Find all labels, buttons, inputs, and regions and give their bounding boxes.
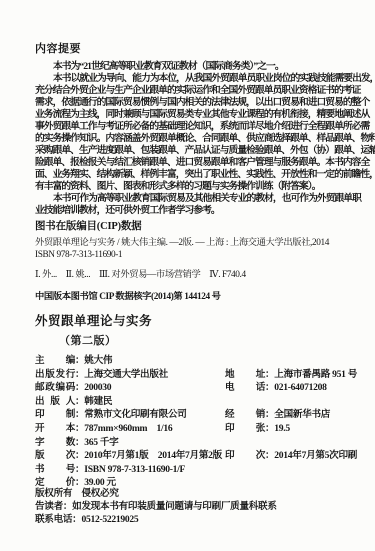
content-summary-line: 业务流程为主线，同时兼顾与国际贸易类专业其他专业课程的有机衔接，精要地阐述从 bbox=[35, 109, 362, 121]
colophon-row-editor: 主编：姚大伟 bbox=[35, 352, 367, 366]
colophon-value: 021-64071208 bbox=[274, 382, 326, 393]
colophon-right-distributor: 经销：全国新华书店 bbox=[225, 406, 330, 420]
colophon-label: 印制 bbox=[35, 406, 75, 420]
cip-data-section: 图书在版编目(CIP)数据 外贸跟单理论与实务 / 姚大伟主编. —2版. — … bbox=[35, 218, 365, 303]
content-summary-line: 采购跟单、生产进度跟单、包装跟单、产品认证与质量检验跟单、外包（协）跟单、运输与… bbox=[35, 145, 362, 157]
colophon-value: 韩建民 bbox=[84, 396, 112, 407]
colophon-row-edition: 版次：2010年7月第1版 2014年7月第2版 印次：2014年7月第5次印刷 bbox=[35, 447, 367, 461]
colophon-value: 姚大伟 bbox=[84, 355, 112, 366]
colophon-value: 200030 bbox=[84, 382, 111, 393]
colophon-row-wordcount: 字数：365 千字 bbox=[35, 434, 367, 448]
colophon-row-format: 开本：787mm×960mm 1/16 印张：19.5 bbox=[35, 420, 367, 434]
reader-notice: 告读者：如发现本书有印装质量问题请与印刷厂质量科联系 bbox=[35, 501, 367, 514]
cip-heading: 图书在版编目(CIP)数据 bbox=[35, 218, 365, 233]
colophon-label: 定价 bbox=[35, 474, 75, 488]
content-summary-line: 事外贸跟单工作与考证所必备的基础理论知识，系统而详尽地介绍进行全程跟单所必需 bbox=[35, 121, 362, 133]
colophon-separator: ： bbox=[265, 450, 274, 461]
colophon-section: 主编：姚大伟 出版发行：上海交通大学出版社 地址：上海市番禺路 951 号 邮政… bbox=[35, 352, 367, 488]
colophon-value: 上海交通大学出版社 bbox=[84, 369, 168, 380]
colophon-separator: ： bbox=[75, 423, 84, 434]
content-summary-line: 面、业务翔实、结构新颖、样例丰富，突出了职业性、实践性、开放性和一定的前瞻性，并… bbox=[35, 169, 362, 181]
content-summary-line: 的实务操作知识。内容涵盖外贸跟单概论、合同跟单、供应商选择跟单、样品跟单、物料 bbox=[35, 133, 362, 145]
content-summary-line: 本书为“21世纪高等职业教育双证教材（国际商务类）”之一。 bbox=[35, 61, 362, 73]
colophon-row-isbn: 书号：ISBN 978-7-313-11690-1/F bbox=[35, 461, 367, 475]
colophon-right-sheets: 印张：19.5 bbox=[225, 420, 290, 434]
notice-section: 版权所有 侵权必究 告读者：如发现本书有印装质量问题请与印刷厂质量科联系 联系电… bbox=[35, 488, 367, 526]
book-edition: （第二版） bbox=[35, 332, 152, 348]
colophon-row-postcode: 邮政编码：200030 电话：021-64071208 bbox=[35, 379, 367, 393]
cip-classification: Ⅰ. 外... Ⅱ. 姚... Ⅲ. 对外贸易—市场营销学 Ⅳ. F740.4 bbox=[35, 270, 365, 282]
colophon-separator: ： bbox=[75, 464, 84, 475]
colophon-label: 开本 bbox=[35, 420, 75, 434]
cip-record-number: 中国版本图书馆 CIP 数据核字(2014)第 144124 号 bbox=[35, 292, 365, 304]
colophon-label: 版次 bbox=[35, 447, 75, 461]
cip-description: 外贸跟单理论与实务 / 姚大伟主编. —2版. — 上海 : 上海交通大学出版社… bbox=[35, 238, 365, 250]
colophon-row-publisher-person: 出版人：韩建民 bbox=[35, 393, 367, 407]
colophon-value: 上海市番禺路 951 号 bbox=[274, 369, 357, 380]
colophon-value: ISBN 978-7-313-11690-1/F bbox=[84, 464, 185, 475]
colophon-label: 主编 bbox=[35, 352, 75, 366]
content-summary-line: 业技能培训教材，还可供外贸工作者学习参考。 bbox=[35, 205, 362, 217]
colophon-row-printer: 印制：常熟市文化印刷有限公司 经销：全国新华书店 bbox=[35, 406, 367, 420]
colophon-value: 全国新华书店 bbox=[274, 409, 330, 420]
colophon-label: 邮政编码 bbox=[35, 379, 75, 393]
content-summary-line: 有丰富的资料、图片、图表和形式多样的习题与实务操作训练（附答案）。 bbox=[35, 181, 362, 193]
colophon-value: 787mm×960mm 1/16 bbox=[84, 423, 172, 434]
contact-phone: 联系电话：0512-52219025 bbox=[35, 514, 367, 527]
book-title-section: 外贸跟单理论与实务 （第二版） bbox=[35, 311, 152, 348]
colophon-value: 2010年7月第1版 2014年7月第2版 bbox=[84, 450, 222, 461]
colophon-value: 常熟市文化印刷有限公司 bbox=[84, 409, 186, 420]
content-summary-section: 内容提要 本书为“21世纪高等职业教育双证教材（国际商务类）”之一。 本书以就业… bbox=[35, 40, 362, 217]
colophon-separator: ： bbox=[75, 437, 84, 448]
colophon-row-price: 定价：39.00 元 bbox=[35, 474, 367, 488]
colophon-row-publisher: 出版发行：上海交通大学出版社 地址：上海市番禺路 951 号 bbox=[35, 366, 367, 380]
colophon-label: 出版人 bbox=[35, 393, 75, 407]
colophon-label: 书号 bbox=[35, 461, 75, 475]
colophon-label: 字数 bbox=[35, 434, 75, 448]
colophon-label: 经销 bbox=[225, 406, 265, 420]
colophon-value: 19.5 bbox=[274, 423, 290, 434]
book-title: 外贸跟单理论与实务 bbox=[35, 311, 152, 329]
colophon-separator: ： bbox=[75, 396, 84, 407]
colophon-separator: ： bbox=[75, 450, 84, 461]
colophon-separator: ： bbox=[265, 423, 274, 434]
colophon-value: 365 千字 bbox=[84, 437, 118, 448]
content-summary-line: 本书以就业为导向、能力为本位，从我国外贸跟单员职业岗位的实践技能需要出发， bbox=[35, 73, 362, 85]
colophon-label: 出版发行 bbox=[35, 366, 75, 380]
copyright-notice: 版权所有 侵权必究 bbox=[35, 488, 367, 501]
colophon-value: 39.00 元 bbox=[84, 477, 115, 488]
colophon-value: 2014年7月第5次印刷 bbox=[274, 450, 357, 461]
colophon-separator: ： bbox=[265, 382, 274, 393]
content-summary-line: 充分结合外贸企业与生产企业跟单的实际运作和全国外贸跟单员职业资格证书的考证 bbox=[35, 85, 362, 97]
colophon-label: 电话 bbox=[225, 379, 265, 393]
colophon-right-address: 地址：上海市番禺路 951 号 bbox=[225, 366, 357, 380]
content-summary-line: 险跟单、报检报关与结汇核销跟单、进口贸易跟单和客户管理与服务跟单。本书内容全 bbox=[35, 157, 362, 169]
cip-isbn: ISBN 978-7-313-11690-1 bbox=[35, 250, 365, 262]
colophon-separator: ： bbox=[75, 382, 84, 393]
content-summary-line: 需求，依据通行的国际贸易惯例与国内相关的法律法规，以出口贸易和进口贸易的整个 bbox=[35, 97, 362, 109]
content-summary-line: 本书可作为高等职业教育国际贸易及其他相关专业的教材，也可作为外贸跟单职 bbox=[35, 193, 362, 205]
colophon-right-impression: 印次：2014年7月第5次印刷 bbox=[225, 447, 357, 461]
colophon-separator: ： bbox=[75, 409, 84, 420]
colophon-right-telephone: 电话：021-64071208 bbox=[225, 379, 327, 393]
colophon-separator: ： bbox=[75, 477, 84, 488]
colophon-separator: ： bbox=[265, 369, 274, 380]
colophon-label: 印张 bbox=[225, 420, 265, 434]
colophon-separator: ： bbox=[75, 369, 84, 380]
content-summary-heading: 内容提要 bbox=[35, 40, 362, 56]
colophon-label: 地址 bbox=[225, 366, 265, 380]
colophon-separator: ： bbox=[265, 409, 274, 420]
colophon-separator: ： bbox=[75, 355, 84, 366]
book-colophon-page: 内容提要 本书为“21世纪高等职业教育双证教材（国际商务类）”之一。 本书以就业… bbox=[0, 0, 375, 551]
colophon-label: 印次 bbox=[225, 447, 265, 461]
